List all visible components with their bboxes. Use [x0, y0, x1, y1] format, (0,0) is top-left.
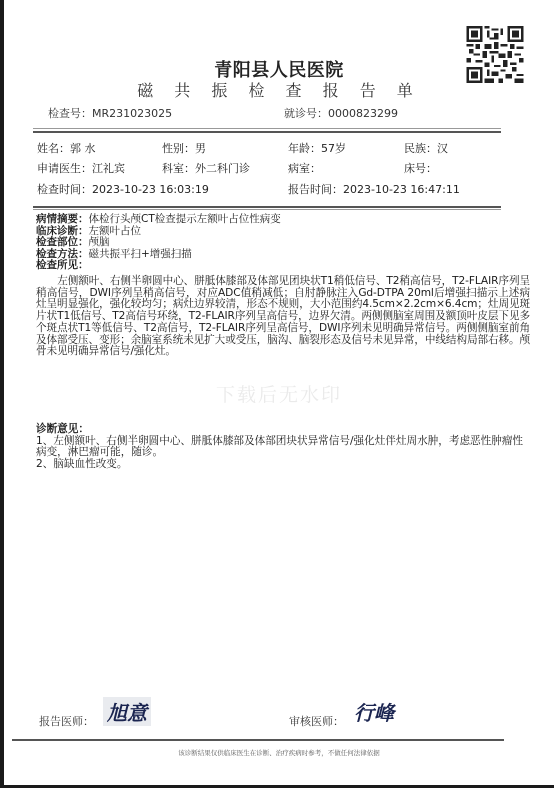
ward-label: 病室： [288, 162, 321, 175]
exam-number-value: MR231023025 [92, 107, 172, 120]
info-row: 检查时间：2023-10-23 16:03:19 报告时间：2023-10-23… [37, 181, 507, 197]
department-label: 科室： [162, 162, 195, 175]
clinical-diagnosis-value: 左额叶占位 [89, 225, 142, 237]
report-doctor-signature: 旭意 [103, 697, 151, 726]
patient-ethnicity-label: 民族： [404, 142, 437, 155]
divider [33, 131, 501, 133]
review-doctor-signature: 行峰 [354, 697, 394, 726]
exam-time: 检查时间：2023-10-23 16:03:19 [37, 181, 209, 197]
bed-number-label: 床号： [404, 162, 437, 175]
exam-time-label: 检查时间： [37, 183, 92, 196]
patient-name-value: 郭 水 [70, 142, 96, 155]
report-time: 报告时间：2023-10-23 16:47:11 [288, 181, 460, 197]
exam-method-label: 检查方法： [36, 248, 89, 260]
ward: 病室： [288, 160, 321, 176]
findings-heading: 检查所见： [36, 260, 531, 272]
requesting-doctor-value: 江礼宾 [92, 162, 125, 175]
patient-age-label: 年龄： [288, 142, 321, 155]
requesting-doctor-label: 申请医生： [37, 162, 92, 175]
findings-text: 左侧额叶、右侧半卵圆中心、胼胝体膝部及体部见团块状T1稍低信号、T2稍高信号，T… [36, 276, 530, 358]
report-doctor-label: 报告医师： [39, 713, 94, 729]
divider [12, 739, 504, 741]
divider [33, 209, 501, 210]
patient-sex-label: 性别： [162, 142, 195, 155]
diagnosis-item: 1、左侧额叶、右侧半卵圆中心、胼胝体膝部及体部团块状异常信号/强化灶伴灶周水肿，… [36, 436, 530, 459]
info-row: 姓名：郭 水 性别：男 年龄：57岁 民族：汉 [37, 140, 507, 156]
clinical-info: 病情摘要：体检行头颅CT检查提示左额叶占位性病变 临床诊断：左额叶占位 检查部位… [36, 214, 531, 272]
diagnosis-opinion: 诊断意见： 1、左侧额叶、右侧半卵圆中心、胼胝体膝部及体部团块状异常信号/强化灶… [36, 424, 530, 471]
exam-method: 检查方法：磁共振平扫+增强扫描 [36, 249, 531, 261]
clinical-summary-value: 体检行头颅CT检查提示左额叶占位性病变 [89, 213, 281, 225]
report-time-value: 2023-10-23 16:47:11 [343, 183, 460, 196]
review-doctor-label: 审核医师： [289, 713, 344, 729]
patient-sex: 性别：男 [162, 140, 206, 156]
exam-number-label: 检查号： [48, 107, 92, 120]
patient-sex-value: 男 [195, 142, 206, 155]
exam-time-value: 2023-10-23 16:03:19 [92, 183, 209, 196]
info-row: 申请医生：江礼宾 科室：外二科门诊 病室： 床号： [37, 160, 507, 176]
diagnosis-opinion-label: 诊断意见： [36, 424, 530, 436]
exam-site-label: 检查部位： [36, 236, 89, 248]
patient-name-label: 姓名： [37, 142, 70, 155]
disclaimer: 该诊断结果仅供临床医生在诊断、治疗疾病时参考，不做任何法律依据 [4, 748, 554, 757]
patient-ethnicity: 民族：汉 [404, 140, 448, 156]
exam-site-value: 颅脑 [89, 236, 110, 248]
report-page: 青阳县人民医院 磁 共 振 检 查 报 告 单 检查号：MR231023025 … [4, 0, 554, 785]
department-value: 外二科门诊 [195, 162, 250, 175]
department: 科室：外二科门诊 [162, 160, 250, 176]
requesting-doctor: 申请医生：江礼宾 [37, 160, 125, 176]
clinical-diagnosis-label: 临床诊断： [36, 225, 89, 237]
report-title: 磁 共 振 检 查 报 告 单 [4, 78, 554, 101]
clinical-summary-label: 病情摘要： [36, 213, 89, 225]
exam-method-value: 磁共振平扫+增强扫描 [89, 248, 192, 260]
divider [33, 128, 501, 129]
patient-age: 年龄：57岁 [288, 140, 346, 156]
patient-name: 姓名：郭 水 [37, 140, 96, 156]
findings-label: 检查所见： [36, 259, 89, 271]
patient-ethnicity-value: 汉 [437, 142, 448, 155]
patient-age-value: 57岁 [321, 142, 346, 155]
visit-number-value: 0000823299 [328, 107, 398, 120]
clinical-diagnosis: 临床诊断：左额叶占位 [36, 226, 531, 238]
visit-number-label: 就诊号： [284, 107, 328, 120]
visit-number: 就诊号：0000823299 [284, 105, 398, 121]
bed-number: 床号： [404, 160, 437, 176]
report-time-label: 报告时间： [288, 183, 343, 196]
divider [33, 206, 501, 208]
watermark: 下载后无水印 [4, 380, 554, 407]
diagnosis-item: 2、脑缺血性改变。 [36, 459, 530, 471]
exam-number: 检查号：MR231023025 [48, 105, 172, 121]
